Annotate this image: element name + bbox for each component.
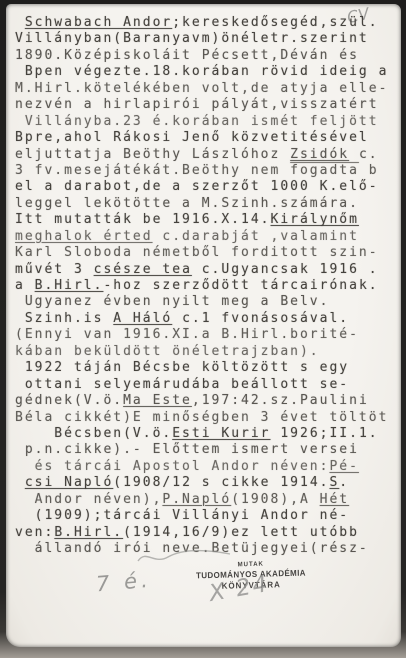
typed-line: és tárcái Apostol Andor néven:Pé-	[15, 459, 399, 475]
typed-segment: 1926;II.1.	[271, 426, 379, 441]
typed-segment: a	[15, 278, 35, 293]
typed-line: csi Napló(1908/12 s cikke 1914.S.	[15, 475, 399, 491]
typed-line: 1890.Középiskoláit Pécsett,Déván és	[15, 48, 399, 64]
typed-line: gédnek(V.ö.Ma Este,197:42.sz.Paulini	[15, 393, 399, 409]
typed-line: Bécsben(V.ö.Esti Kurir 1926;II.1.	[15, 426, 399, 442]
typed-segment: Bécsben(V.ö.	[15, 426, 172, 441]
typed-segment: Szinh.is	[15, 311, 113, 326]
typed-line: 3 fv.mesejátékát.Beöthy nem fogadta b	[15, 163, 399, 179]
typed-line: ottani selyemárudába beállott se-	[15, 377, 399, 393]
typed-segment: B.Hirl.	[35, 278, 104, 293]
typed-segment: (1908/12 s cikke 1914.	[113, 475, 329, 490]
typed-segment: (Ennyi van 1916.XI.a B.Hirl.borité-	[15, 327, 359, 342]
typed-segment: b	[359, 163, 379, 178]
typed-segment: ,197:42.sz.Paulini	[192, 393, 369, 408]
typed-segment: el a darabot,de a szerzőt 1000 K.elő-	[15, 179, 379, 194]
typed-line: leggel lekötötte a M.Szinh.számára.	[15, 196, 399, 212]
typed-segment: Villányba.23 é.korában ismét feljött	[15, 114, 379, 129]
typed-line: el a darabot,de a szerzőt 1000 K.elő-	[15, 179, 399, 195]
typed-segment: fogadta	[290, 163, 359, 178]
typed-segment: (1908),A	[231, 492, 319, 507]
typed-segment: c.1 fvonásosával.	[172, 311, 349, 326]
typed-line: p.n.cikke).- Előttem ismert versei	[15, 442, 399, 458]
typed-segment: Királynőm	[271, 212, 359, 227]
typed-line: a B.Hirl.-hoz szerződött tárcairónak.	[15, 278, 399, 294]
typed-segment: (1914,16/9)ez lett utóbb	[123, 525, 359, 540]
typed-segment: és tárcái Apostol Andor néven:	[15, 459, 329, 474]
typed-text: Schwabach Andor;kereskedősegéd,szül.Vill…	[15, 15, 399, 557]
typed-segment: Hét	[320, 492, 349, 507]
typed-line: Szinh.is A Háló c.1 fvonásosával.	[15, 311, 399, 327]
typed-segment: művét 3	[15, 262, 94, 277]
typed-segment: B.Hirl.	[54, 525, 123, 540]
typed-line: művét 3 csésze tea c.Ugyancsak 1916 .	[15, 262, 399, 278]
typed-segment: 1890.Középiskoláit Pécsett,Déván és	[15, 48, 359, 63]
typed-segment: -hoz szerződött tárcairónak.	[103, 278, 378, 293]
typed-segment: M.Hirl.kötelékében volt,de atyja elle-	[15, 81, 388, 96]
typed-line: Villányba.23 é.korában ismét feljött	[15, 114, 399, 130]
typed-segment: 1922 táján Bécsbe költözött s egy	[15, 360, 349, 375]
typed-segment: S	[329, 475, 339, 490]
typed-segment: ottani selyemárudába beállott se-	[15, 377, 349, 392]
typed-segment	[15, 475, 25, 490]
typed-segment: Villányban(Baranyavm)önéletr.szerint	[15, 31, 369, 46]
typed-line: Villányban(Baranyavm)önéletr.szerint	[15, 31, 399, 47]
typed-segment: (1909);tárcái Villányi Andor né-	[15, 508, 349, 523]
typed-segment: Schwabach Andor	[25, 15, 172, 30]
handwritten-7e-annotation: 7 é.	[95, 568, 153, 597]
typed-segment: gédnek(V.ö.	[15, 393, 123, 408]
typed-line: Béla cikkét)E minőségben 3 évet töltöt	[15, 410, 399, 426]
typed-segment: A Háló	[113, 311, 172, 326]
typed-segment: csi Napló	[25, 475, 113, 490]
typed-line: Ugyanez évben nyilt meg a Belv.	[15, 294, 399, 310]
typed-line: eljuttatja Beöthy Lászlóhoz Zsidók c.	[15, 147, 399, 163]
typed-segment: Zsidók	[290, 147, 349, 162]
typed-line: Karl Sloboda németből forditott szin-	[15, 245, 399, 261]
typed-line: kában beküldött önéletrajzban).	[15, 344, 399, 360]
typed-segment: Itt mutatták be 1916.X.14.	[15, 212, 271, 227]
typed-segment: Ugyanez évben nyilt meg a Belv.	[15, 294, 329, 309]
typed-line: ven:B.Hirl.(1914,16/9)ez lett utóbb	[15, 525, 399, 541]
typed-segment: .	[339, 475, 349, 490]
typed-line: Itt mutatták be 1916.X.14.Királynőm	[15, 212, 399, 228]
typed-segment: eljuttatja Beöthy Lászlóhoz	[15, 147, 290, 162]
typed-segment: kában beküldött önéletrajzban).	[15, 344, 320, 359]
typed-line: Andor néven),P.Napló(1908),A Hét	[15, 492, 399, 508]
typed-segment: ;kereskedősegéd,szül.	[172, 15, 378, 30]
typed-segment: nezvén a hirlapirói pályát,visszatért	[15, 97, 379, 112]
typed-line: Schwabach Andor;kereskedősegéd,szül.	[15, 15, 399, 31]
typed-segment: meghalok érted	[15, 229, 153, 244]
typed-line: (1909);tárcái Villányi Andor né-	[15, 508, 399, 524]
typed-segment	[15, 15, 25, 30]
typed-segment: c.Ugyancsak 1916 .	[192, 262, 379, 277]
typed-segment: Bpen végezte.18.korában rövid ideig a	[15, 64, 388, 79]
typed-segment: P.Napló	[162, 492, 231, 507]
typed-line: M.Hirl.kötelékében volt,de atyja elle-	[15, 81, 399, 97]
typed-segment: 3 fv.mesejátékát.Beöthy nem	[15, 163, 290, 178]
typed-segment: Bpre,ahol Rákosi Jenő közvetitésével	[15, 130, 369, 145]
scanned-card-photo: CV Schwabach Andor;kereskedősegéd,szül.V…	[0, 0, 406, 658]
typed-line: Bpre,ahol Rákosi Jenő közvetitésével	[15, 130, 399, 146]
typed-segment: csésze tea	[94, 262, 192, 277]
typed-segment: leggel lekötötte a M.Szinh.számára.	[15, 196, 359, 211]
typed-segment: Béla cikkét)E minőségben 3 évet töltöt	[15, 410, 388, 425]
typed-segment: ven:	[15, 525, 54, 540]
typed-line: nezvén a hirlapirói pályát,visszatért	[15, 97, 399, 113]
typed-segment: Esti Kurir	[172, 426, 270, 441]
typed-segment: Ma Este	[123, 393, 192, 408]
typed-line: meghalok érted c.darabját ,valamint	[15, 229, 399, 245]
typed-segment: p.n.cikke).- Előttem ismert versei	[15, 442, 359, 457]
typed-line: Bpen végezte.18.korában rövid ideig a	[15, 64, 399, 80]
typed-segment: c.darabját ,valamint	[153, 229, 359, 244]
typed-line: 1922 táján Bécsbe költözött s egy	[15, 360, 399, 376]
typed-line: (Ennyi van 1916.XI.a B.Hirl.borité-	[15, 327, 399, 343]
typed-segment: Karl Sloboda németből forditott szin-	[15, 245, 379, 260]
typed-segment: Andor néven),	[15, 492, 162, 507]
typed-segment: Pé-	[329, 459, 358, 474]
index-card: CV Schwabach Andor;kereskedősegéd,szül.V…	[6, 4, 401, 647]
typed-segment: c.	[349, 147, 378, 162]
